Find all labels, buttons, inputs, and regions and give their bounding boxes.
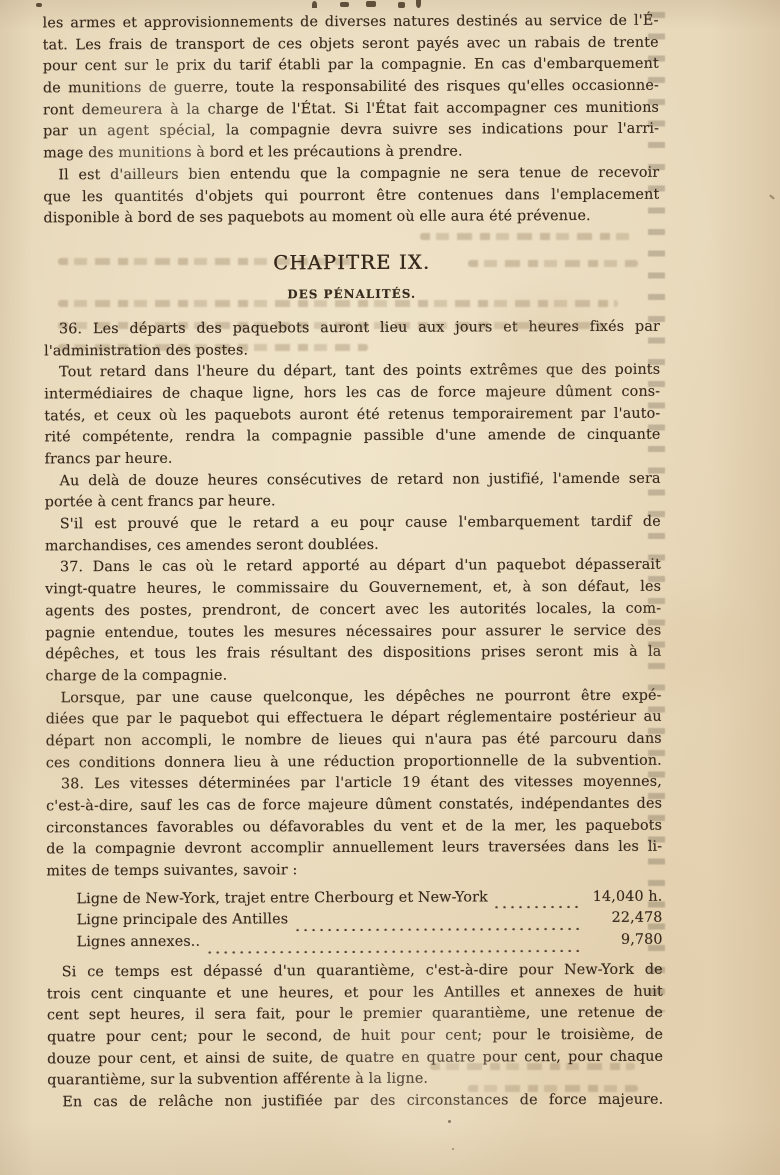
text-line: disponible à bord de ses paquebots au mo… [43, 206, 659, 230]
cropped-header-fragment [0, 0, 780, 8]
header-glyph-fragment [340, 2, 349, 7]
text-line: mites de temps suivantes, savoir : [46, 859, 662, 883]
text-line: charge de la compagnie. [45, 664, 661, 688]
leader-dots [203, 938, 582, 954]
text-line: 38. Les vitesses déterminées par l'artic… [46, 772, 662, 796]
text-line: ront demeurera à la charge de l'État. Si… [43, 97, 659, 121]
table-row-label: Ligne de New-York, trajet entre Cherbour… [76, 887, 487, 910]
text-line: intermédiaires de chaque ligne, hors les… [44, 382, 660, 406]
paragraph: En cas de relâche non justifiée par des … [47, 1090, 663, 1114]
paragraph: Lorsque, par une cause quelconque, les d… [46, 685, 662, 774]
text-line: trois cent cinquante et une heures, et p… [47, 981, 663, 1005]
table-row: Ligne de New-York, trajet entre Cherbour… [76, 886, 662, 910]
table-row-value: 22,478 [589, 908, 663, 930]
text-line: départ non accompli, le nombre de lieues… [46, 729, 662, 753]
ink-speck [452, 1148, 454, 1150]
header-glyph-fragment [36, 3, 42, 7]
paragraph: 36. Les départs des paquebots auront lie… [44, 317, 660, 363]
text-line: rité compétente, rendra la compagnie pas… [44, 425, 660, 449]
ink-speck [448, 1120, 451, 1123]
page-scan: les armes et approvisionnements de diver… [0, 0, 780, 1175]
text-line: marchandises, ces amendes seront doublée… [45, 533, 661, 557]
paragraph: 38. Les vitesses déterminées par l'artic… [46, 772, 662, 883]
table-row-label: Ligne principale des Antilles [77, 910, 289, 933]
paragraph: les armes et approvisionnements de diver… [43, 11, 660, 165]
page-content: les armes et approvisionnements de diver… [43, 11, 664, 1114]
table-row: Lignes annexes..9,780 [77, 930, 663, 954]
text-line: diées que par le paquebot qui effectuera… [46, 707, 662, 731]
paragraph: 37. Dans le cas où le retard apporté au … [45, 555, 662, 688]
leader-dots [291, 916, 581, 931]
text-line: Il est d'ailleurs bien entendu que la co… [43, 162, 659, 186]
text-line: de la compagnie devront accomplir annuel… [46, 837, 662, 861]
text-line: tat. Les frais de transport de ces objet… [43, 32, 659, 56]
paragraph: Si ce temps est dépassé d'un quarantième… [47, 959, 664, 1092]
text-line: pour cent sur le prix du tarif établi pa… [43, 54, 659, 78]
text-line: que les quantités d'objets qui pourront … [43, 184, 659, 208]
text-line: Tout retard dans l'heure du départ, tant… [44, 360, 660, 384]
ink-speck [769, 194, 775, 199]
text-line: l'administration des postes. [44, 338, 660, 362]
text-line: de munitions de guerre, toute la respons… [43, 76, 659, 100]
paragraph: S'il est prouvé que le retard a eu pour … [45, 512, 661, 558]
text-line: Au delà de douze heures consécutives de … [45, 468, 661, 492]
text-line: quatre pour cent; pour le second, de hui… [47, 1025, 663, 1049]
text-line: douze pour cent, et ainsi de suite, de q… [47, 1046, 663, 1070]
text-line: 36. Les départs des paquebots auront lie… [44, 317, 660, 341]
text-line: dépêches, et tous les frais résultant de… [45, 642, 661, 666]
text-line: circonstances favorables ou défavorables… [46, 815, 662, 839]
table-row-value: 9,780 [589, 930, 663, 952]
header-glyph-fragment [416, 0, 421, 8]
table-row-label: Lignes annexes.. [77, 932, 201, 954]
paragraph: Au delà de douze heures consécutives de … [45, 468, 661, 514]
text-line: pagnie entendue, toutes les mesures néce… [45, 620, 661, 644]
text-line: les armes et approvisionnements de diver… [43, 11, 659, 35]
paragraph: Il est d'ailleurs bien entendu que la co… [43, 162, 659, 230]
text-line: mage des munitions à bord et les précaut… [43, 141, 659, 165]
text-line: Lorsque, par une cause quelconque, les d… [46, 685, 662, 709]
time-limits-table: Ligne de New-York, trajet entre Cherbour… [46, 886, 662, 954]
table-row-value: 14,040 h. [588, 886, 662, 908]
text-line: ces conditions donnera lieu à une réduct… [46, 750, 662, 774]
header-glyph-fragment [398, 2, 405, 8]
header-glyph-fragment [312, 1, 317, 8]
text-line: cent sept heures, il sera fait, pour le … [47, 1003, 663, 1027]
paragraph: Tout retard dans l'heure du départ, tant… [44, 360, 660, 471]
text-line: agents des postes, prendront, de concert… [45, 598, 661, 622]
chapter-heading: CHAPITRE IX. [44, 250, 660, 277]
text-line: portée à cent francs par heure. [45, 490, 661, 514]
table-row: Ligne principale des Antilles22,478 [77, 908, 663, 932]
leader-dots [491, 894, 582, 908]
chapter-subheading: DES PÉNALITÉS. [44, 286, 660, 304]
text-line: par un agent spécial, la compagnie devra… [43, 119, 659, 143]
text-line: S'il est prouvé que le retard a eu pour … [45, 512, 661, 536]
text-line: 37. Dans le cas où le retard apporté au … [45, 555, 661, 579]
text-line: tatés, et ceux où les paquebots auront é… [44, 403, 660, 427]
text-line: c'est-à-dire, sauf les cas de force maje… [46, 794, 662, 818]
header-glyph-fragment [366, 1, 376, 7]
text-line: quarantième, sur la subvention afférente… [47, 1068, 663, 1092]
text-line: Si ce temps est dépassé d'un quarantième… [47, 959, 663, 983]
text-line: vingt-quatre heures, le commissaire du G… [45, 577, 661, 601]
text-line: En cas de relâche non justifiée par des … [47, 1090, 663, 1114]
text-line: francs par heure. [45, 447, 661, 471]
